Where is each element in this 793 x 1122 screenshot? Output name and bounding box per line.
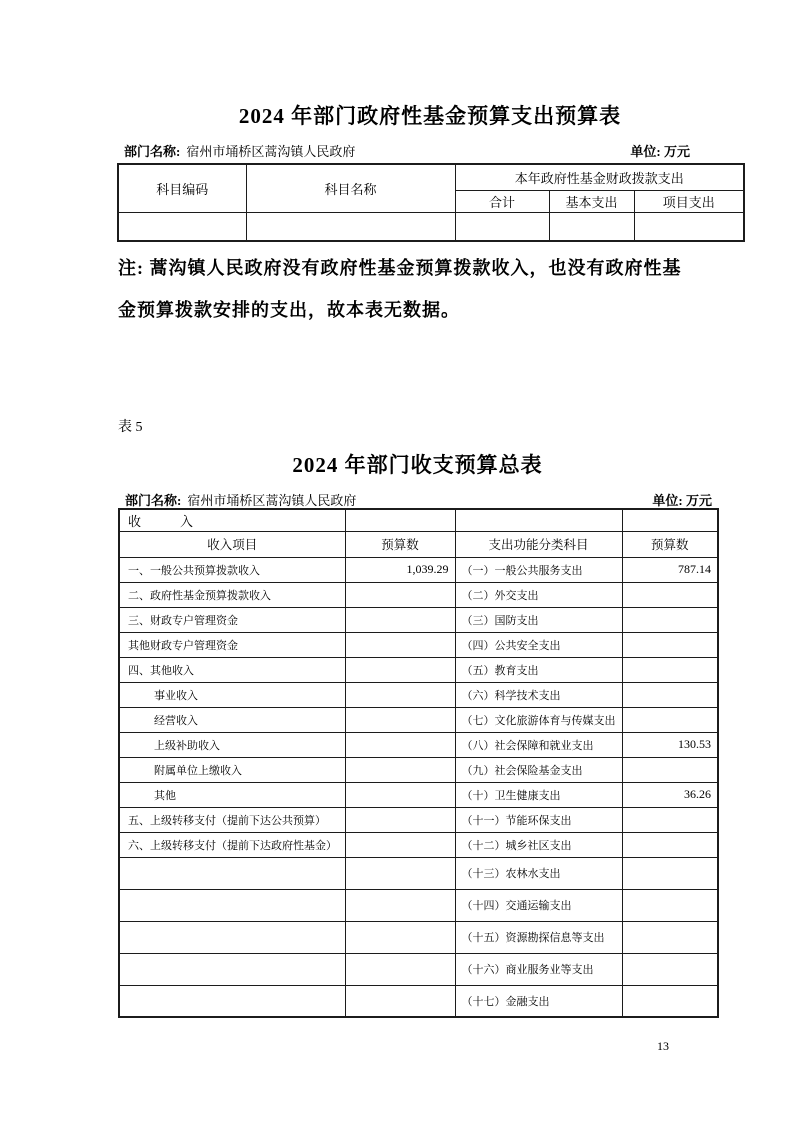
expense-cell: （十五）资源勘探信息等支出	[455, 921, 622, 953]
table-row: 三、财政专户管理资金 （三）国防支出	[119, 607, 718, 632]
col-income-item: 收入项目	[119, 531, 345, 557]
document-page: { "fund_table": { "title": "2024 年部门政府性基…	[0, 0, 793, 1122]
income-amount-cell	[345, 657, 455, 682]
fund-dept: 部门名称:宿州市埇桥区蒿沟镇人民政府	[124, 141, 355, 160]
table-row: 其他 （十）卫生健康支出 36.26	[119, 782, 718, 807]
note-line-1: 注: 蒿沟镇人民政府没有政府性基金预算拨款收入，也没有政府性基	[118, 247, 758, 289]
col-expense-item: 支出功能分类科目	[455, 531, 622, 557]
income-amount-cell	[345, 921, 455, 953]
income-cell: 六、上级转移支付（提前下达政府性基金）	[119, 832, 345, 857]
expense-cell: （十一）节能环保支出	[455, 807, 622, 832]
table-row: （十五）资源勘探信息等支出	[119, 921, 718, 953]
income-amount-cell	[345, 832, 455, 857]
table-row: 其他财政专户管理资金 （四）公共安全支出	[119, 632, 718, 657]
expense-amount-cell	[622, 832, 718, 857]
income-amount-cell	[345, 889, 455, 921]
table-row: 五、上级转移支付（提前下达公共预算） （十一）节能环保支出	[119, 807, 718, 832]
expense-amount-cell	[622, 889, 718, 921]
fund-table-title: 2024 年部门政府性基金预算支出预算表	[117, 100, 743, 130]
expense-cell: （十六）商业服务业等支出	[455, 953, 622, 985]
income-cell: 附属单位上缴收入	[119, 757, 345, 782]
fund-col-code: 科目编码	[118, 164, 246, 212]
income-cell	[119, 953, 345, 985]
table-row: 附属单位上缴收入 （九）社会保险基金支出	[119, 757, 718, 782]
fund-dept-name: 宿州市埇桥区蒿沟镇人民政府	[186, 144, 355, 159]
income-amount-cell	[345, 707, 455, 732]
income-cell: 上级补助收入	[119, 732, 345, 757]
income-cell	[119, 889, 345, 921]
income-amount-cell	[345, 607, 455, 632]
income-amount-cell	[345, 632, 455, 657]
income-cell: 五、上级转移支付（提前下达公共预算）	[119, 807, 345, 832]
income-amount-cell	[345, 732, 455, 757]
expense-amount-cell	[622, 757, 718, 782]
income-cell: 四、其他收入	[119, 657, 345, 682]
income-amount-cell: 1,039.29	[345, 557, 455, 582]
fund-dept-label: 部门名称:	[124, 144, 180, 159]
expense-amount-cell	[622, 985, 718, 1017]
fund-col-group: 本年政府性基金财政拨款支出	[455, 164, 744, 190]
income-cell: 二、政府性基金预算拨款收入	[119, 582, 345, 607]
expense-cell: （九）社会保险基金支出	[455, 757, 622, 782]
fund-empty-project	[634, 212, 744, 241]
income-amount-cell	[345, 682, 455, 707]
fund-table-note: 注: 蒿沟镇人民政府没有政府性基金预算拨款收入，也没有政府性基 金预算拨款安排的…	[118, 247, 758, 331]
income-cell: 其他	[119, 782, 345, 807]
fund-empty-code	[118, 212, 246, 241]
expense-cell: （二）外交支出	[455, 582, 622, 607]
expense-amount-cell	[622, 953, 718, 985]
page-number: 13	[657, 1039, 669, 1054]
table-row: 六、上级转移支付（提前下达政府性基金） （十二）城乡社区支出	[119, 832, 718, 857]
section-empty-cell-1	[345, 509, 455, 531]
fund-empty-name	[246, 212, 455, 241]
fund-unit-label: 单位: 万元	[630, 141, 690, 160]
summary-section-row: 收 入	[119, 509, 718, 531]
table-row: 二、政府性基金预算拨款收入 （二）外交支出	[119, 582, 718, 607]
expense-cell: （十二）城乡社区支出	[455, 832, 622, 857]
summary-dept-name: 宿州市埇桥区蒿沟镇人民政府	[187, 493, 356, 508]
expense-amount-cell: 787.14	[622, 557, 718, 582]
income-cell: 三、财政专户管理资金	[119, 607, 345, 632]
fund-col-name: 科目名称	[246, 164, 455, 212]
summary-header-row: 收入项目 预算数 支出功能分类科目 预算数	[119, 531, 718, 557]
expense-amount-cell	[622, 921, 718, 953]
fund-budget-table: 科目编码 科目名称 本年政府性基金财政拨款支出 合计 基本支出 项目支出	[117, 163, 745, 242]
summary-dept: 部门名称:宿州市埇桥区蒿沟镇人民政府	[125, 490, 356, 509]
income-cell	[119, 857, 345, 889]
income-cell	[119, 985, 345, 1017]
income-cell: 经营收入	[119, 707, 345, 732]
expense-cell: （四）公共安全支出	[455, 632, 622, 657]
table-row: 上级补助收入 （八）社会保障和就业支出 130.53	[119, 732, 718, 757]
section-income-cell: 收 入	[119, 509, 345, 531]
section-empty-cell-3	[622, 509, 718, 531]
table-row: （十六）商业服务业等支出	[119, 953, 718, 985]
table-row: 四、其他收入 （五）教育支出	[119, 657, 718, 682]
note-line-2: 金预算拨款安排的支出，故本表无数据。	[118, 289, 758, 331]
section-empty-cell-2	[455, 509, 622, 531]
table-row: （十四）交通运输支出	[119, 889, 718, 921]
fund-col-basic: 基本支出	[549, 190, 634, 212]
table-row: 经营收入 （七）文化旅游体育与传媒支出	[119, 707, 718, 732]
income-amount-cell	[345, 857, 455, 889]
expense-amount-cell	[622, 682, 718, 707]
expense-amount-cell	[622, 857, 718, 889]
expense-amount-cell	[622, 707, 718, 732]
col-income-budget: 预算数	[345, 531, 455, 557]
summary-table-meta-row: 部门名称:宿州市埇桥区蒿沟镇人民政府 单位: 万元	[118, 490, 717, 509]
budget-summary-table: 收 入 收入项目 预算数 支出功能分类科目 预算数 一、一般公共预算拨款收入 1…	[118, 508, 719, 1018]
expense-cell: （五）教育支出	[455, 657, 622, 682]
expense-cell: （十三）农林水支出	[455, 857, 622, 889]
fund-header-row-1: 科目编码 科目名称 本年政府性基金财政拨款支出	[118, 164, 744, 190]
expense-cell: （三）国防支出	[455, 607, 622, 632]
expense-cell: （十四）交通运输支出	[455, 889, 622, 921]
summary-table-label: 表 5	[118, 416, 143, 436]
income-cell	[119, 921, 345, 953]
expense-cell: （八）社会保障和就业支出	[455, 732, 622, 757]
table-row: 事业收入 （六）科学技术支出	[119, 682, 718, 707]
expense-amount-cell	[622, 657, 718, 682]
expense-cell: （十七）金融支出	[455, 985, 622, 1017]
summary-table-title: 2024 年部门收支预算总表	[118, 449, 717, 479]
fund-empty-total	[455, 212, 549, 241]
income-amount-cell	[345, 782, 455, 807]
income-cell: 事业收入	[119, 682, 345, 707]
expense-amount-cell: 36.26	[622, 782, 718, 807]
fund-col-project: 项目支出	[634, 190, 744, 212]
expense-amount-cell: 130.53	[622, 732, 718, 757]
income-amount-cell	[345, 807, 455, 832]
table-row: （十三）农林水支出	[119, 857, 718, 889]
expense-amount-cell	[622, 632, 718, 657]
expense-cell: （十）卫生健康支出	[455, 782, 622, 807]
income-cell: 其他财政专户管理资金	[119, 632, 345, 657]
income-amount-cell	[345, 985, 455, 1017]
expense-amount-cell	[622, 807, 718, 832]
income-amount-cell	[345, 757, 455, 782]
col-expense-budget: 预算数	[622, 531, 718, 557]
fund-table-meta-row: 部门名称:宿州市埇桥区蒿沟镇人民政府 单位: 万元	[117, 141, 743, 160]
table-row: 一、一般公共预算拨款收入 1,039.29 （一）一般公共服务支出 787.14	[119, 557, 718, 582]
fund-empty-row	[118, 212, 744, 241]
table-row: （十七）金融支出	[119, 985, 718, 1017]
expense-amount-cell	[622, 582, 718, 607]
fund-col-total: 合计	[455, 190, 549, 212]
income-cell: 一、一般公共预算拨款收入	[119, 557, 345, 582]
summary-unit-label: 单位: 万元	[652, 490, 712, 509]
summary-dept-label: 部门名称:	[125, 493, 181, 508]
income-amount-cell	[345, 582, 455, 607]
expense-cell: （六）科学技术支出	[455, 682, 622, 707]
expense-cell: （七）文化旅游体育与传媒支出	[455, 707, 622, 732]
expense-amount-cell	[622, 607, 718, 632]
fund-empty-basic	[549, 212, 634, 241]
expense-cell: （一）一般公共服务支出	[455, 557, 622, 582]
income-amount-cell	[345, 953, 455, 985]
